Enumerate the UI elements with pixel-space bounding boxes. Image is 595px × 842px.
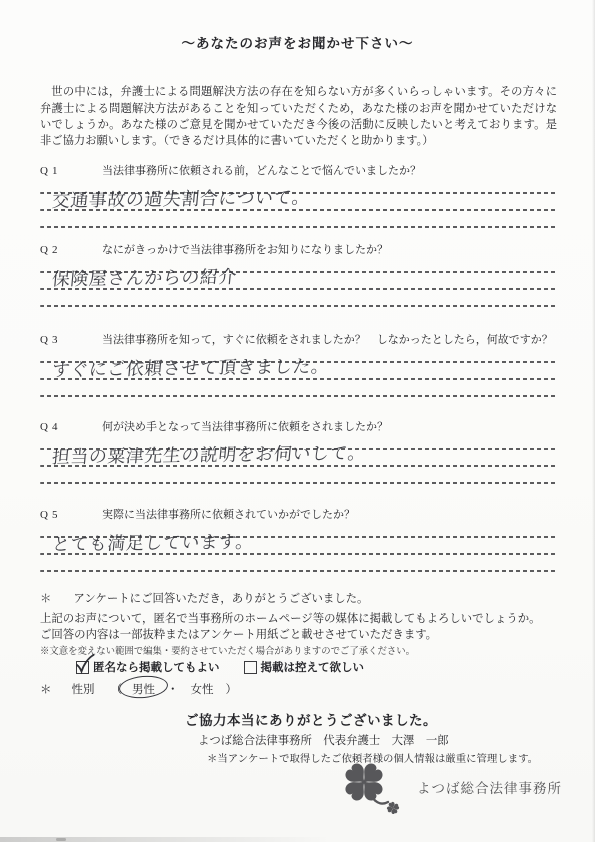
question-text: 当法律事務所に依頼される前，どんなことで悩んでいましたか？ — [102, 164, 557, 179]
question-number: Q2 — [40, 243, 102, 258]
publish-consent-line2: ご回答の内容は一部抜粋またはアンケート用紙ごと載せさせていただきます。 — [40, 628, 437, 643]
scan-artifact — [0, 837, 330, 842]
footer-thanks: ご協力本当にありがとうございました。 — [185, 709, 437, 729]
question-block-1: Q1 当法律事務所に依頼される前，どんなことで悩んでいましたか？ 交通事故の過失… — [40, 164, 557, 243]
question-row: Q5 実際に当法律事務所に依頼されていかがでしたか？ — [40, 508, 557, 523]
checkbox-anonymous-ok-icon — [76, 661, 89, 674]
gender-option-male: 男性 — [132, 681, 155, 697]
asterisk-marker: ＊ — [40, 681, 52, 697]
question-number: Q1 — [40, 164, 102, 179]
clover-icon — [341, 760, 405, 814]
checkbox-no-publish-icon — [244, 661, 257, 674]
asterisk-marker: ＊ — [40, 592, 51, 607]
question-number: Q5 — [40, 508, 102, 523]
question-row: Q4 何が決め手となって当法律事務所に依頼をされましたか？ — [40, 420, 557, 435]
answer-area: 交通事故の過失割合について。 — [40, 192, 557, 228]
question-text: 実際に当法律事務所に依頼されていかがでしたか？ — [102, 508, 557, 523]
intro-paragraph: 世の中には，弁護士による問題解決方法の存在を知らない方が多くいらっしゃいます。そ… — [40, 84, 557, 149]
answer-line — [40, 482, 557, 484]
answer-line — [40, 305, 557, 307]
answer-area: すぐにご依頼させて頂きました。 — [40, 361, 557, 397]
gender-row: ＊性別（男性・女性） — [40, 681, 237, 697]
page-title: ～あなたのお声をお聞かせ下さい～ — [0, 32, 595, 52]
publish-consent-line1: 上記のお声について，匿名で当事務所のホームページ等の媒体に掲載してもよろしいでし… — [40, 612, 541, 627]
handwritten-answer: 保険屋さんからの紹介 — [51, 263, 238, 292]
question-block-5: Q5 実際に当法律事務所に依頼されていかがでしたか？ とても満足しています。 — [40, 508, 557, 587]
handwritten-answer: 交通事故の過失割合について。 — [51, 183, 312, 213]
question-text: 何が決め手となって当法律事務所に依頼をされましたか？ — [102, 420, 557, 435]
answer-area: 保険屋さんからの紹介 — [40, 271, 557, 307]
gender-option-female: 女性 — [191, 681, 214, 697]
scanned-survey-page: ～あなたのお声をお聞かせ下さい～ 世の中には，弁護士による問題解決方法の存在を知… — [0, 0, 595, 842]
handwritten-answer: すぐにご依頼させて頂きました。 — [51, 352, 331, 382]
separator-dot: ・ — [167, 681, 179, 697]
option-label: 匿名なら掲載してもよい — [93, 659, 220, 675]
publish-options-row: 匿名なら掲載してもよい 掲載は控えて欲しい — [76, 659, 364, 675]
question-block-3: Q3 当法律事務所を知って，すぐに依頼をされましたか？ しなかったとしたら，何故… — [40, 333, 557, 412]
option-label: 掲載は控えて欲しい — [261, 659, 365, 675]
handwritten-answer: 担当の粟津先生の説明をお伺いして。 — [51, 439, 367, 469]
question-text: 当法律事務所を知って，すぐに依頼をされましたか？ しなかったとしたら，何故ですか… — [102, 333, 557, 348]
question-row: Q3 当法律事務所を知って，すぐに依頼をされましたか？ しなかったとしたら，何故… — [40, 333, 557, 348]
question-number: Q4 — [40, 420, 102, 435]
paren-close: ） — [226, 681, 238, 697]
answer-line — [40, 395, 557, 397]
question-block-4: Q4 何が決め手となって当法律事務所に依頼をされましたか？ 担当の粟津先生の説明… — [40, 420, 557, 499]
option-no-publish: 掲載は控えて欲しい — [244, 659, 365, 675]
question-number: Q3 — [40, 333, 102, 348]
firm-logo: よつば総合法律事務所 — [341, 760, 562, 814]
question-block-2: Q2 なにがきっかけで当法律事務所をお知りになりましたか？ 保険屋さんからの紹介 — [40, 243, 557, 322]
answer-line — [40, 226, 557, 228]
handwritten-answer: とても満足しています。 — [51, 528, 255, 557]
question-text: なにがきっかけで当法律事務所をお知りになりましたか？ — [102, 243, 557, 258]
logo-text: よつば総合法律事務所 — [417, 777, 562, 797]
gender-label: 性別 — [72, 681, 95, 697]
scan-artifact — [56, 838, 66, 841]
handwritten-circle-annotation — [118, 674, 169, 700]
option-anonymous-ok: 匿名なら掲載してもよい — [76, 659, 220, 675]
handwritten-check-icon — [73, 654, 97, 676]
answer-line — [40, 570, 557, 572]
question-row: Q1 当法律事務所に依頼される前，どんなことで悩んでいましたか？ — [40, 164, 557, 179]
firm-and-lawyer-line: よつば総合法律事務所 代表弁護士 大澤 一郎 — [198, 732, 449, 748]
answer-area: とても満足しています。 — [40, 536, 557, 572]
closing-thanks-line: ＊アンケートにご回答いただき，ありがとうございました。 — [40, 592, 368, 607]
question-row: Q2 なにがきっかけで当法律事務所をお知りになりましたか？ — [40, 243, 557, 258]
closing-thanks-text: アンケートにご回答いただき，ありがとうございました。 — [73, 593, 368, 605]
answer-area: 担当の粟津先生の説明をお伺いして。 — [40, 448, 557, 484]
